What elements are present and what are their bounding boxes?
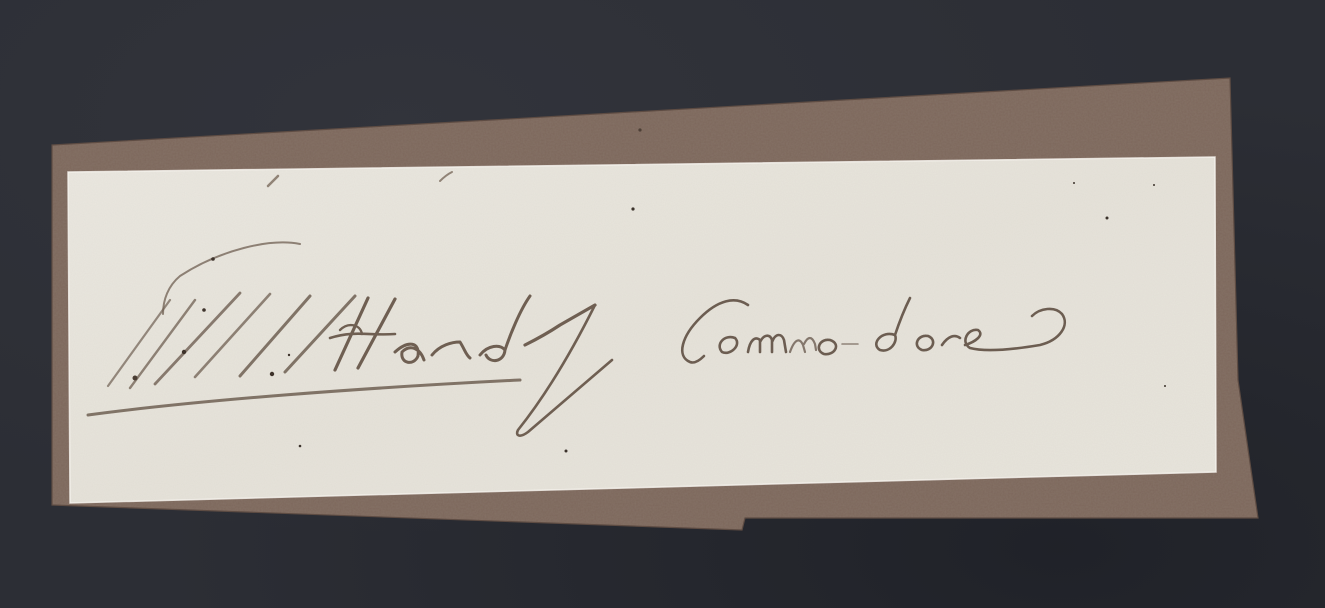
- autograph-photo: [0, 0, 1325, 608]
- paper-clipping: [68, 157, 1216, 503]
